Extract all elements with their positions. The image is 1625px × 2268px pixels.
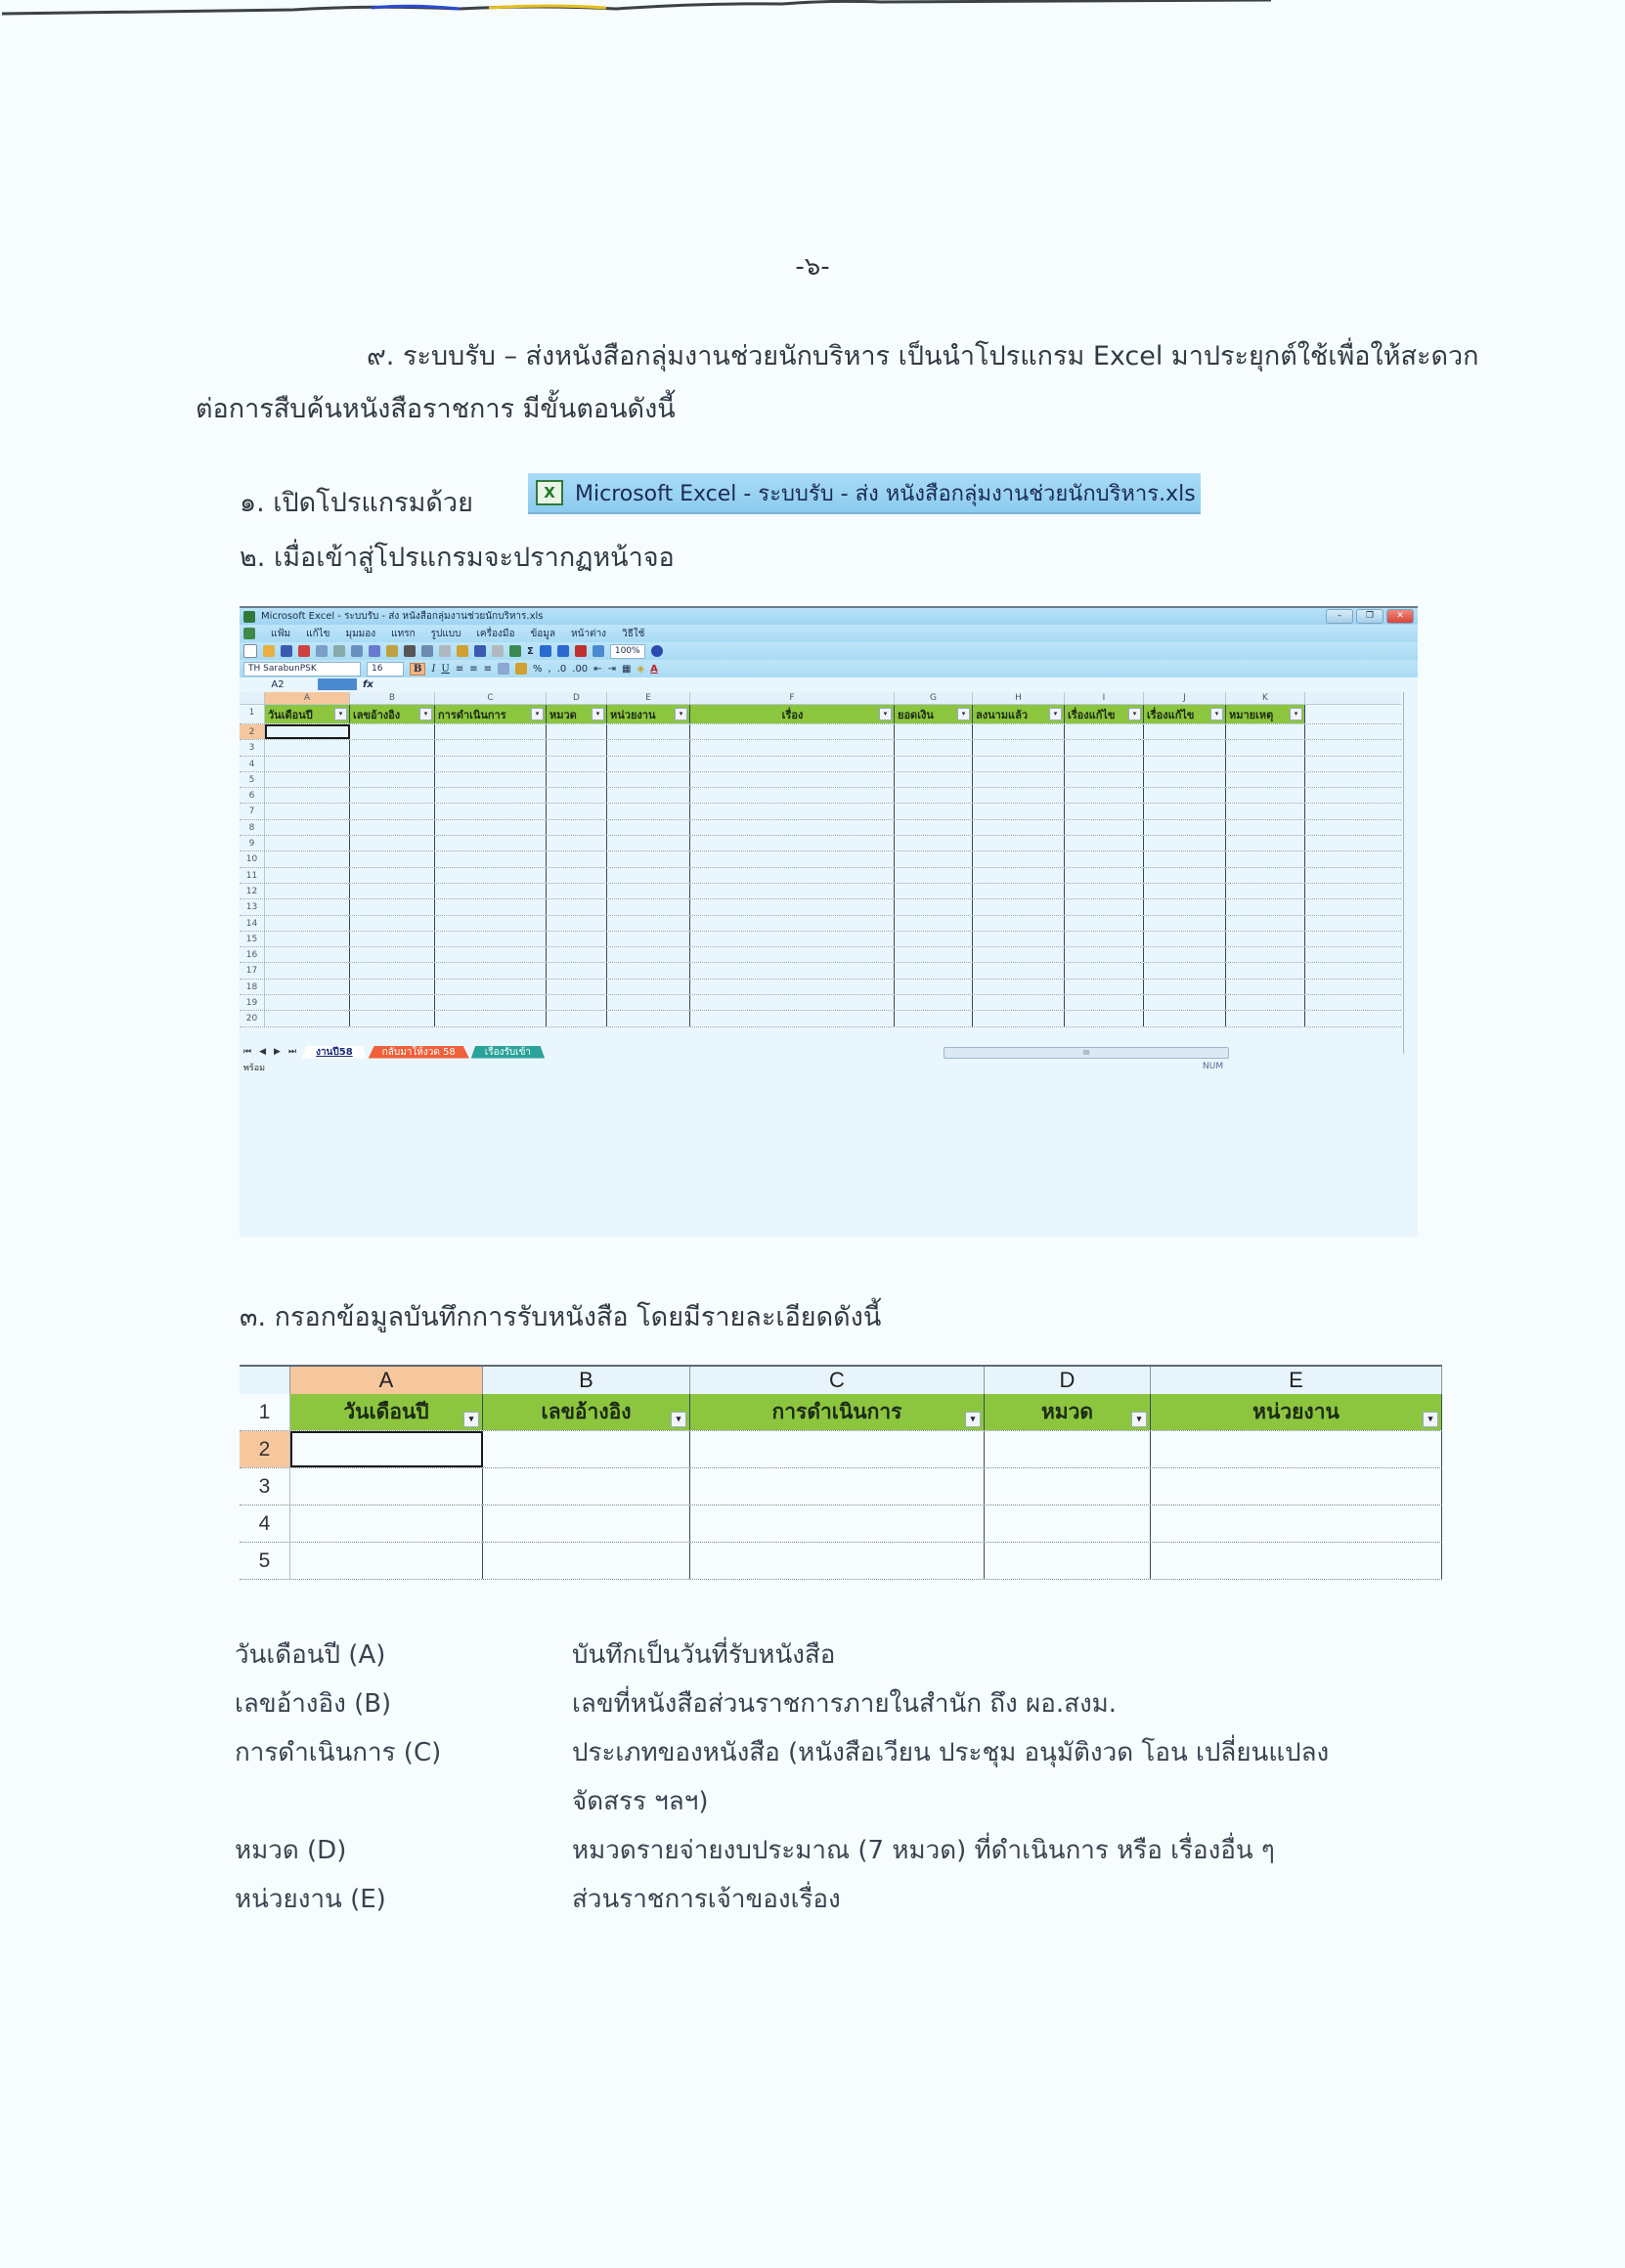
- cell[interactable]: [350, 836, 435, 850]
- cell[interactable]: [350, 740, 435, 755]
- row-header[interactable]: 6: [240, 788, 265, 803]
- cell[interactable]: [350, 995, 435, 1010]
- cell[interactable]: [265, 899, 350, 914]
- column-header-e[interactable]: E: [1151, 1367, 1442, 1394]
- row-header[interactable]: 5: [240, 1543, 290, 1579]
- cell[interactable]: [265, 788, 350, 803]
- align-left-icon[interactable]: ≡: [456, 664, 463, 675]
- cell[interactable]: [1065, 899, 1144, 914]
- header-cell-a[interactable]: วันเดือนปี▾: [290, 1394, 483, 1430]
- row-header[interactable]: 5: [240, 772, 265, 787]
- cell[interactable]: [1065, 980, 1144, 994]
- underline-button[interactable]: U: [441, 664, 449, 675]
- cell[interactable]: [690, 836, 895, 850]
- bold-button[interactable]: B: [410, 663, 425, 676]
- filter-dropdown-icon[interactable]: ▾: [1131, 1412, 1147, 1427]
- cell[interactable]: [985, 1431, 1151, 1467]
- cell[interactable]: [290, 1543, 483, 1579]
- cell[interactable]: [895, 772, 973, 787]
- menu-file[interactable]: แฟ้ม: [271, 627, 290, 641]
- cell[interactable]: [1226, 916, 1305, 931]
- select-all-corner[interactable]: [240, 692, 265, 704]
- header-cell-e[interactable]: หน่วยงาน▾: [607, 705, 690, 723]
- undo-icon[interactable]: [474, 645, 486, 657]
- header-cell-c[interactable]: การดำเนินการ▾: [690, 1394, 985, 1430]
- cell[interactable]: [1144, 947, 1226, 962]
- column-header-b[interactable]: B: [483, 1367, 690, 1394]
- align-right-icon[interactable]: ≡: [484, 664, 492, 675]
- cell[interactable]: [350, 820, 435, 835]
- cell[interactable]: [690, 995, 895, 1010]
- cell[interactable]: [350, 724, 435, 739]
- row-header[interactable]: 3: [240, 740, 265, 755]
- cell[interactable]: [607, 932, 690, 946]
- cell[interactable]: [1144, 1011, 1226, 1025]
- row-header[interactable]: 18: [240, 980, 265, 994]
- menu-help[interactable]: วิธีใช้: [622, 627, 644, 641]
- cell[interactable]: [1144, 916, 1226, 931]
- cell[interactable]: [973, 868, 1065, 883]
- cell[interactable]: [265, 740, 350, 755]
- cell[interactable]: [547, 932, 607, 946]
- cell[interactable]: [1065, 740, 1144, 755]
- header-cell-k[interactable]: หมายเหตุ▾: [1226, 705, 1305, 723]
- align-center-icon[interactable]: ≡: [469, 664, 477, 675]
- column-header-h[interactable]: H: [973, 692, 1065, 704]
- cell[interactable]: [973, 804, 1065, 818]
- cut-icon[interactable]: [404, 645, 416, 657]
- redo-icon[interactable]: [492, 645, 504, 657]
- cell[interactable]: [1144, 980, 1226, 994]
- cell[interactable]: [895, 916, 973, 931]
- cell[interactable]: [895, 995, 973, 1010]
- cell[interactable]: [973, 757, 1065, 771]
- cell[interactable]: [435, 995, 547, 1010]
- cell[interactable]: [607, 884, 690, 898]
- cell[interactable]: [895, 884, 973, 898]
- column-header-j[interactable]: J: [1144, 692, 1226, 704]
- permission-icon[interactable]: [298, 645, 310, 657]
- cell[interactable]: [547, 916, 607, 931]
- cell[interactable]: [895, 851, 973, 866]
- cell[interactable]: [1065, 947, 1144, 962]
- last-sheet-icon[interactable]: ⏭: [288, 1047, 296, 1057]
- cell[interactable]: [547, 947, 607, 962]
- currency-icon[interactable]: [515, 663, 527, 675]
- column-header-c[interactable]: C: [690, 1367, 985, 1394]
- decrease-indent-icon[interactable]: ⇤: [593, 664, 601, 675]
- cell[interactable]: [1144, 788, 1226, 803]
- cell[interactable]: [973, 836, 1065, 850]
- new-icon[interactable]: [243, 644, 257, 658]
- row-header[interactable]: 19: [240, 995, 265, 1010]
- sheet-tab[interactable]: งานปี58: [302, 1046, 367, 1059]
- cell[interactable]: [1065, 788, 1144, 803]
- filter-dropdown-icon[interactable]: ▾: [531, 708, 544, 720]
- cell[interactable]: [1226, 851, 1305, 866]
- cell[interactable]: [1226, 804, 1305, 818]
- cell[interactable]: [547, 772, 607, 787]
- column-header-f[interactable]: F: [690, 692, 895, 704]
- cell[interactable]: [1144, 804, 1226, 818]
- cell[interactable]: [435, 788, 547, 803]
- cell[interactable]: [607, 724, 690, 739]
- header-cell-b[interactable]: เลขอ้างอิง▾: [350, 705, 435, 723]
- cell[interactable]: [350, 980, 435, 994]
- cell[interactable]: [547, 963, 607, 978]
- cell[interactable]: [1226, 884, 1305, 898]
- copy-icon[interactable]: [421, 645, 433, 657]
- font-name-select[interactable]: TH SarabunPSK: [243, 662, 361, 676]
- cell[interactable]: [1065, 851, 1144, 866]
- cell[interactable]: [1226, 757, 1305, 771]
- cell[interactable]: [895, 1011, 973, 1025]
- cell[interactable]: [973, 740, 1065, 755]
- header-cell-d[interactable]: หมวด▾: [547, 705, 607, 723]
- cell[interactable]: [690, 724, 895, 739]
- menu-insert[interactable]: แทรก: [391, 627, 415, 641]
- cell[interactable]: [265, 868, 350, 883]
- cell[interactable]: [1065, 724, 1144, 739]
- cell[interactable]: [1144, 836, 1226, 850]
- cell[interactable]: [895, 804, 973, 818]
- cell[interactable]: [690, 1011, 895, 1025]
- cell[interactable]: [350, 851, 435, 866]
- cell[interactable]: [690, 820, 895, 835]
- paste-icon[interactable]: [439, 645, 451, 657]
- cell[interactable]: [290, 1468, 483, 1505]
- cell[interactable]: [1065, 963, 1144, 978]
- row-header[interactable]: 14: [240, 916, 265, 931]
- cell[interactable]: [435, 740, 547, 755]
- row-header[interactable]: 4: [240, 757, 265, 771]
- cell[interactable]: [483, 1468, 690, 1505]
- cell[interactable]: [690, 868, 895, 883]
- cell[interactable]: [1226, 995, 1305, 1010]
- cell[interactable]: [547, 995, 607, 1010]
- cell[interactable]: [1065, 1011, 1144, 1025]
- header-cell-h[interactable]: ลงนามแล้ว▾: [973, 705, 1065, 723]
- cell[interactable]: [265, 932, 350, 946]
- save-icon[interactable]: [281, 645, 292, 657]
- spelling-icon[interactable]: [369, 645, 380, 657]
- cell[interactable]: [1144, 899, 1226, 914]
- cell[interactable]: [265, 963, 350, 978]
- cell[interactable]: [1226, 820, 1305, 835]
- cell[interactable]: [1144, 851, 1226, 866]
- menu-data[interactable]: ข้อมูล: [530, 627, 555, 641]
- column-header-e[interactable]: E: [607, 692, 690, 704]
- cell[interactable]: [973, 788, 1065, 803]
- cell[interactable]: [973, 851, 1065, 866]
- cell[interactable]: [895, 868, 973, 883]
- header-cell-i[interactable]: เรื่องแก้ไข▾: [1065, 705, 1144, 723]
- cell[interactable]: [690, 932, 895, 946]
- cell[interactable]: [690, 916, 895, 931]
- cell[interactable]: [1065, 995, 1144, 1010]
- cell[interactable]: [1226, 980, 1305, 994]
- decrease-decimal-icon[interactable]: .00: [572, 664, 588, 675]
- cell[interactable]: [483, 1505, 690, 1542]
- cell[interactable]: [895, 836, 973, 850]
- cell[interactable]: [895, 932, 973, 946]
- cell[interactable]: [895, 947, 973, 962]
- header-cell-g[interactable]: ยอดเงิน▾: [895, 705, 973, 723]
- filter-dropdown-icon[interactable]: ▾: [965, 1412, 981, 1427]
- cell[interactable]: [265, 836, 350, 850]
- cell[interactable]: [1226, 899, 1305, 914]
- cell[interactable]: [483, 1543, 690, 1579]
- cell[interactable]: [547, 820, 607, 835]
- cell[interactable]: [690, 1431, 985, 1467]
- cell[interactable]: [973, 916, 1065, 931]
- cell[interactable]: [1065, 884, 1144, 898]
- borders-icon[interactable]: ▦: [622, 664, 631, 675]
- email-icon[interactable]: [316, 645, 328, 657]
- cell[interactable]: [895, 980, 973, 994]
- cell[interactable]: [1065, 820, 1144, 835]
- close-button[interactable]: ✕: [1386, 609, 1414, 624]
- row-header[interactable]: 1: [240, 1394, 290, 1430]
- column-header-i[interactable]: I: [1065, 692, 1144, 704]
- cell[interactable]: [435, 851, 547, 866]
- vertical-scrollbar[interactable]: [1403, 692, 1416, 1054]
- cell[interactable]: [1144, 932, 1226, 946]
- header-cell-d[interactable]: หมวด▾: [985, 1394, 1151, 1430]
- cell[interactable]: [547, 804, 607, 818]
- cell[interactable]: [435, 980, 547, 994]
- font-size-select[interactable]: 16: [367, 662, 404, 676]
- cell[interactable]: [1226, 1011, 1305, 1025]
- filter-dropdown-icon[interactable]: ▾: [1128, 708, 1141, 720]
- cell[interactable]: [435, 932, 547, 946]
- filter-dropdown-icon[interactable]: ▾: [1049, 708, 1062, 720]
- open-icon[interactable]: [263, 645, 275, 657]
- cell[interactable]: [265, 884, 350, 898]
- cell[interactable]: [895, 899, 973, 914]
- prev-sheet-icon[interactable]: ◀: [259, 1047, 266, 1057]
- row-header[interactable]: 16: [240, 947, 265, 962]
- cell[interactable]: [350, 947, 435, 962]
- filter-dropdown-icon[interactable]: ▾: [419, 708, 432, 720]
- cell[interactable]: [1226, 947, 1305, 962]
- cell[interactable]: [547, 1011, 607, 1025]
- cell[interactable]: [350, 1011, 435, 1025]
- fill-color-icon[interactable]: ◈: [637, 664, 644, 675]
- cell[interactable]: [435, 820, 547, 835]
- cell[interactable]: [265, 820, 350, 835]
- cell[interactable]: [1065, 772, 1144, 787]
- cell[interactable]: [1065, 804, 1144, 818]
- cell[interactable]: [690, 804, 895, 818]
- row-header[interactable]: 8: [240, 820, 265, 835]
- cell[interactable]: [690, 740, 895, 755]
- cell[interactable]: [607, 1011, 690, 1025]
- cell[interactable]: [265, 980, 350, 994]
- cell[interactable]: [1226, 772, 1305, 787]
- cell[interactable]: [973, 963, 1065, 978]
- print-icon[interactable]: [333, 645, 345, 657]
- cell[interactable]: [1144, 772, 1226, 787]
- help-icon[interactable]: [651, 645, 663, 657]
- cell[interactable]: [985, 1505, 1151, 1542]
- row-header[interactable]: 2: [240, 1431, 290, 1467]
- cell[interactable]: [607, 820, 690, 835]
- font-color-icon[interactable]: A: [650, 664, 658, 675]
- print-preview-icon[interactable]: [351, 645, 363, 657]
- cell[interactable]: [1226, 868, 1305, 883]
- cell[interactable]: [690, 963, 895, 978]
- cell[interactable]: [973, 820, 1065, 835]
- cell[interactable]: [350, 772, 435, 787]
- cell[interactable]: [607, 740, 690, 755]
- row-header[interactable]: 1: [240, 705, 265, 723]
- row-header[interactable]: 7: [240, 804, 265, 818]
- cell[interactable]: [690, 788, 895, 803]
- cell[interactable]: [547, 724, 607, 739]
- column-header-a[interactable]: A: [265, 692, 350, 704]
- cell[interactable]: [1151, 1431, 1442, 1467]
- cell[interactable]: [690, 980, 895, 994]
- cell[interactable]: [690, 1543, 985, 1579]
- row-header[interactable]: 20: [240, 1011, 265, 1025]
- cell[interactable]: [435, 899, 547, 914]
- comma-style-icon[interactable]: ,: [549, 664, 551, 675]
- minimize-button[interactable]: –: [1326, 609, 1353, 624]
- cell[interactable]: [607, 804, 690, 818]
- cell[interactable]: [985, 1543, 1151, 1579]
- cell[interactable]: [607, 851, 690, 866]
- row-header[interactable]: 15: [240, 932, 265, 946]
- cell[interactable]: [350, 963, 435, 978]
- cell[interactable]: [265, 995, 350, 1010]
- header-cell-f[interactable]: เรื่อง▾: [690, 705, 895, 723]
- cell[interactable]: [547, 851, 607, 866]
- select-all-corner[interactable]: [240, 1367, 290, 1394]
- zoom-select[interactable]: 100%: [610, 644, 645, 659]
- chart-wizard-icon[interactable]: [575, 645, 587, 657]
- cell[interactable]: [973, 932, 1065, 946]
- filter-dropdown-icon[interactable]: ▾: [879, 708, 892, 720]
- cell[interactable]: [1226, 740, 1305, 755]
- cell[interactable]: [895, 963, 973, 978]
- cell[interactable]: [1226, 932, 1305, 946]
- cell[interactable]: [690, 851, 895, 866]
- cell[interactable]: [1226, 836, 1305, 850]
- menu-format[interactable]: รูปแบบ: [431, 627, 461, 641]
- name-box[interactable]: A2: [243, 679, 312, 690]
- header-cell-j[interactable]: เรื่องแก้ไข▾: [1144, 705, 1226, 723]
- cell[interactable]: [547, 899, 607, 914]
- column-header-g[interactable]: G: [895, 692, 973, 704]
- cell[interactable]: [435, 868, 547, 883]
- cell[interactable]: [690, 947, 895, 962]
- cell[interactable]: [1226, 724, 1305, 739]
- filter-dropdown-icon[interactable]: ▾: [1423, 1412, 1438, 1427]
- cell[interactable]: [607, 899, 690, 914]
- menu-view[interactable]: มุมมอง: [346, 627, 376, 641]
- header-cell-a[interactable]: วันเดือนปี▾: [265, 705, 350, 723]
- filter-dropdown-icon[interactable]: ▾: [957, 708, 970, 720]
- hyperlink-icon[interactable]: [509, 645, 521, 657]
- cell[interactable]: [607, 916, 690, 931]
- cell[interactable]: [985, 1468, 1151, 1505]
- next-sheet-icon[interactable]: ▶: [274, 1047, 281, 1057]
- drawing-icon[interactable]: [593, 645, 604, 657]
- cell[interactable]: [1151, 1468, 1442, 1505]
- header-cell-c[interactable]: การดำเนินการ▾: [435, 705, 547, 723]
- column-header-d[interactable]: D: [547, 692, 607, 704]
- cell[interactable]: [350, 932, 435, 946]
- sheet-tab[interactable]: เรื่องรับเข้า: [471, 1046, 545, 1059]
- cell[interactable]: [973, 995, 1065, 1010]
- filter-dropdown-icon[interactable]: ▾: [671, 1412, 686, 1427]
- cell[interactable]: [690, 1468, 985, 1505]
- cell[interactable]: [547, 884, 607, 898]
- cell[interactable]: [265, 724, 350, 739]
- cell[interactable]: [607, 980, 690, 994]
- cell[interactable]: [435, 884, 547, 898]
- cell[interactable]: [435, 772, 547, 787]
- row-header[interactable]: 9: [240, 836, 265, 850]
- header-cell-b[interactable]: เลขอ้างอิง▾: [483, 1394, 690, 1430]
- cell[interactable]: [350, 868, 435, 883]
- cell[interactable]: [265, 947, 350, 962]
- row-header[interactable]: 10: [240, 851, 265, 866]
- horizontal-scrollbar[interactable]: III: [944, 1047, 1229, 1059]
- fx-icon[interactable]: fx: [363, 679, 373, 690]
- cell[interactable]: [1151, 1505, 1442, 1542]
- sheet-tab[interactable]: กลับมาให้งวด 58: [369, 1046, 469, 1059]
- cell[interactable]: [435, 757, 547, 771]
- cell[interactable]: [973, 947, 1065, 962]
- cell[interactable]: [690, 757, 895, 771]
- cell[interactable]: [1065, 916, 1144, 931]
- cell[interactable]: [435, 1011, 547, 1025]
- cell[interactable]: [265, 1011, 350, 1025]
- increase-indent-icon[interactable]: ⇥: [608, 664, 616, 675]
- header-cell-e[interactable]: หน่วยงาน▾: [1151, 1394, 1442, 1430]
- cell[interactable]: [1144, 995, 1226, 1010]
- filter-dropdown-icon[interactable]: ▾: [463, 1412, 479, 1427]
- format-painter-icon[interactable]: [457, 645, 468, 657]
- first-sheet-icon[interactable]: ⏮: [243, 1047, 251, 1057]
- cell[interactable]: [350, 804, 435, 818]
- cell[interactable]: [607, 868, 690, 883]
- cell[interactable]: [547, 757, 607, 771]
- cell[interactable]: [607, 963, 690, 978]
- cell[interactable]: [690, 1505, 985, 1542]
- cell[interactable]: [290, 1505, 483, 1542]
- cell[interactable]: [1226, 963, 1305, 978]
- name-box-dropdown[interactable]: [318, 678, 357, 690]
- cell[interactable]: [1144, 724, 1226, 739]
- cell[interactable]: [265, 851, 350, 866]
- cell[interactable]: [1144, 868, 1226, 883]
- cell[interactable]: [1151, 1543, 1442, 1579]
- cell[interactable]: [690, 884, 895, 898]
- row-header[interactable]: 12: [240, 884, 265, 898]
- cell[interactable]: [435, 916, 547, 931]
- row-header[interactable]: 4: [240, 1505, 290, 1542]
- cell[interactable]: [690, 899, 895, 914]
- cell[interactable]: [1144, 820, 1226, 835]
- cell[interactable]: [547, 836, 607, 850]
- cell[interactable]: [1226, 788, 1305, 803]
- column-header-b[interactable]: B: [350, 692, 435, 704]
- cell[interactable]: [895, 788, 973, 803]
- menu-tools[interactable]: เครื่องมือ: [477, 627, 515, 641]
